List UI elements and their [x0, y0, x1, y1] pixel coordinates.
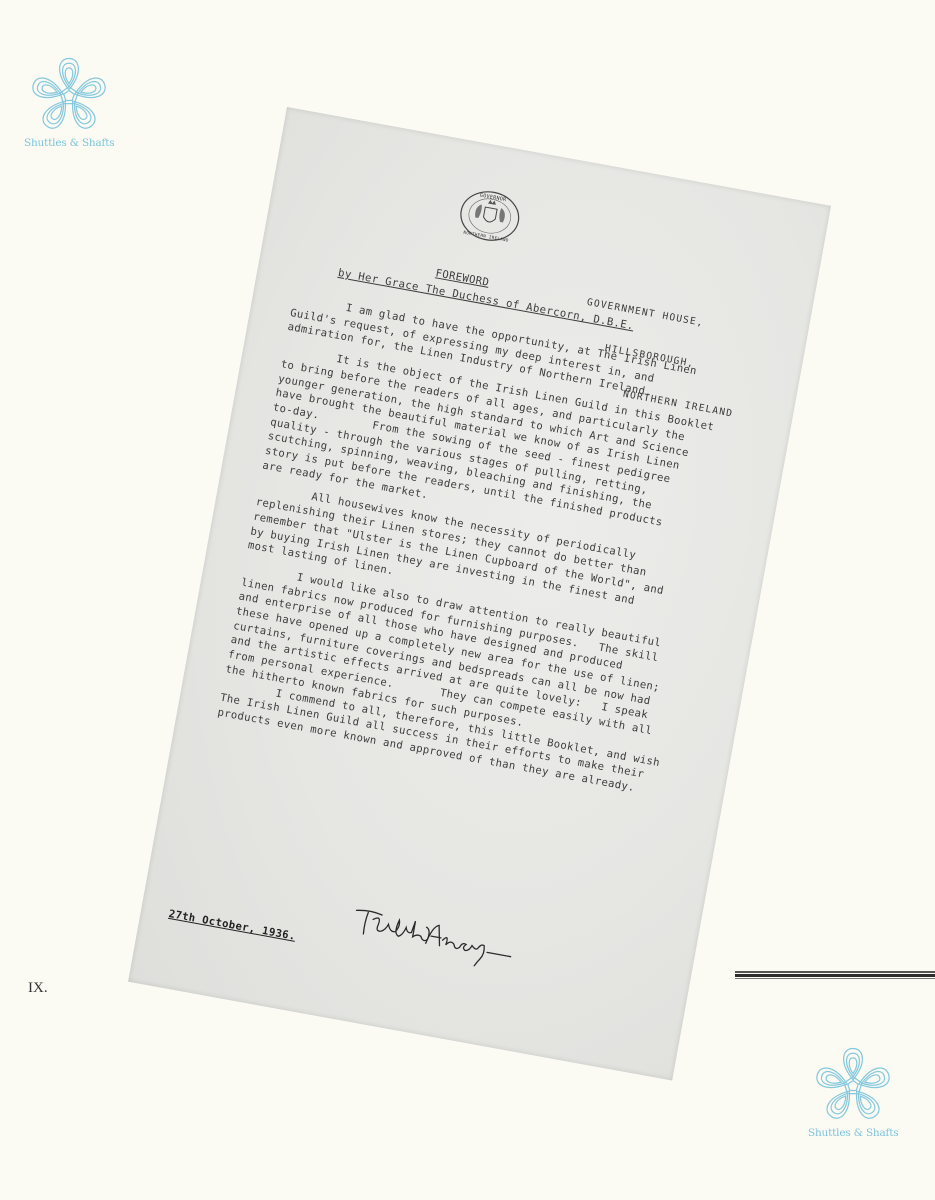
shuttles-and-shafts-logo-top: Shuttles & Shafts [24, 57, 114, 149]
letter-date: 27th October, 1936. [167, 907, 296, 944]
coat-of-arms-seal-icon: GOVERNOR NORTHERN IRELAND [455, 185, 525, 247]
handwritten-signature: Rosalind Abercorn [346, 902, 521, 974]
decorative-rule [735, 971, 935, 980]
shuttles-and-shafts-logo-bottom: Shuttles & Shafts [808, 1047, 898, 1139]
celtic-knot-flower-icon [814, 1047, 892, 1125]
celtic-knot-flower-icon [30, 57, 108, 135]
brand-name: Shuttles & Shafts [808, 1127, 898, 1139]
svg-text:GOVERNOR: GOVERNOR [479, 192, 507, 203]
svg-text:NORTHERN IRELAND: NORTHERN IRELAND [463, 230, 509, 243]
foreword-letter: GOVERNOR NORTHERN IRELAND GOVERNMENT HOU… [128, 107, 831, 1081]
page-number: IX. [28, 980, 48, 997]
letter-body: I am glad to have the opportunity, at Th… [215, 291, 767, 813]
brand-name: Shuttles & Shafts [24, 137, 114, 149]
